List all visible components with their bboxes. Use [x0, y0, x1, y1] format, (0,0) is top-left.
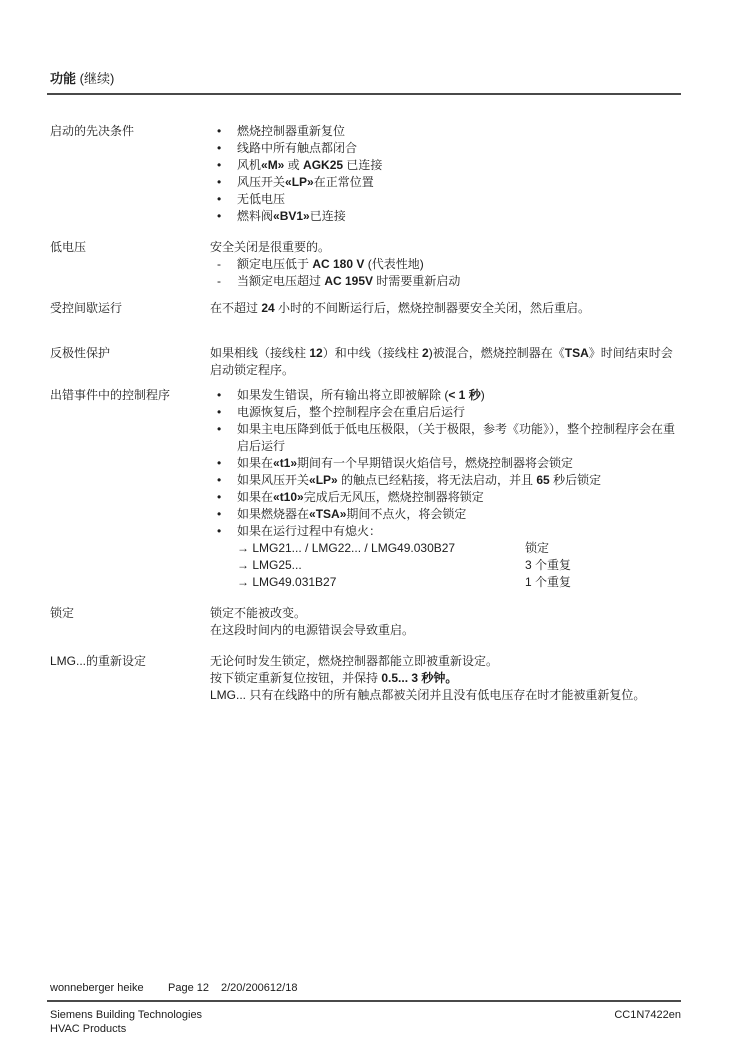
section: LMG...的重新设定无论何时发生锁定，燃烧控制器都能立即被重新设定。按下锁定重… [50, 653, 681, 704]
bullet-line: •如果主电压降到低于低电压极限，（关于极限，参考《功能》），整个控制程序会在重启… [210, 421, 681, 455]
content-area: 功能 (继续) 启动的先决条件•燃烧控制器重新复位•线路中所有触点都闭合•风机«… [50, 70, 681, 704]
text-segment: 无论何时发生锁定，燃烧控制器都能立即被重新设定。 [210, 654, 498, 668]
text-line: 如果风压开关«LP» 的触点已经粘接，将无法启动，并且 65 秒后锁定 [237, 472, 681, 489]
page-footer: wonneberger heike Page 12 2/20/200612/18… [50, 981, 681, 1036]
section: 低电压安全关闭是很重要的。-额定电压低于 AC 180 V (代表性地)-当额定… [50, 239, 681, 290]
text-line: 如果相线（接线柱 12）和中线（接线柱 2)被混合，燃烧控制器在《TSA》时间结… [210, 345, 681, 379]
text-segment: 线路中所有触点都闭合 [237, 141, 357, 155]
text-line: 在不超过 24 小时的不间断运行后，燃烧控制器要安全关闭，然后重启。 [210, 300, 681, 317]
text-segment: < 1 秒 [448, 388, 480, 402]
text-segment: AC 180 V [312, 257, 364, 271]
text-segment: 小时的不间断运行后，燃烧控制器要安全关闭，然后重启。 [275, 301, 590, 315]
text-line: 如果发生错误，所有输出将立即被解除 (< 1 秒) [237, 387, 681, 404]
text-segment: 如果在 [237, 490, 273, 504]
plain-line: 安全关闭是很重要的。 [210, 239, 681, 256]
text-segment: «TSA» [309, 507, 346, 521]
text-line: → LMG49.031B27 [237, 574, 525, 591]
text-segment: 如果主电压降到低于低电压极限，（关于极限，参考《功能》），整个控制程序会在重启后… [237, 422, 675, 453]
footer-date: 2/20/200612/18 [221, 981, 297, 995]
text-segment: 65 [536, 473, 549, 487]
plain-line: 锁定不能被改变。 [210, 605, 681, 622]
text-segment: 当额定电压超过 [237, 274, 324, 288]
text-line: 无低电压 [237, 191, 681, 208]
text-segment: 2 [422, 346, 429, 360]
text-segment: ）和中线（接线柱 [323, 346, 422, 360]
text-line: LMG... 只有在线路中的所有触点都被关闭并且没有低电压存在时才能被重新复位。 [210, 687, 681, 704]
text-line: 无论何时发生锁定，燃烧控制器都能立即被重新设定。 [210, 653, 681, 670]
dash-line: -当额定电压超过 AC 195V 时需要重新启动 [210, 273, 681, 290]
company-name: Siemens Building Technologies [50, 1008, 202, 1022]
document-number: CC1N7422en [614, 1008, 681, 1036]
bullet-line: •如果发生错误，所有输出将立即被解除 (< 1 秒) [210, 387, 681, 404]
arrow-line: → LMG49.031B271 个重复 [210, 574, 681, 591]
text-line: → LMG25... [237, 557, 525, 574]
section-content: 锁定不能被改变。在这段时间内的电源错误会导致重启。 [210, 605, 681, 639]
text-line: 如果在«t1»期间有一个早期错误火焰信号，燃烧控制器将会锁定 [237, 455, 681, 472]
text-segment: 完成后无风压，燃烧控制器将锁定 [304, 490, 484, 504]
text-segment: 风压开关 [237, 175, 285, 189]
section-content: 无论何时发生锁定，燃烧控制器都能立即被重新设定。按下锁定重新复位按钮，并保持 0… [210, 653, 681, 704]
text-line: 风机«M» 或 AGK25 已连接 [237, 157, 681, 174]
text-line: 燃料阀«BV1»已连接 [237, 208, 681, 225]
text-segment: «t10» [273, 490, 304, 504]
bullet-line: •如果在运行过程中有熄火： [210, 523, 681, 540]
text-line: 在这段时间内的电源错误会导致重启。 [210, 622, 681, 639]
text-line: 锁定不能被改变。 [210, 605, 681, 622]
text-line: 额定电压低于 AC 180 V (代表性地) [237, 256, 681, 273]
text-segment: 如果在运行过程中有熄火： [237, 524, 381, 538]
document-header: 功能 (继续) [50, 70, 681, 95]
text-segment: 燃料阀 [237, 209, 273, 223]
section: 出错事件中的控制程序•如果发生错误，所有输出将立即被解除 (< 1 秒)•电源恢… [50, 387, 681, 591]
arrow-result: 3 个重复 [525, 557, 571, 574]
text-segment: 的触点已经粘接，将无法启动，并且 [338, 473, 537, 487]
text-segment: 秒后锁定 [550, 473, 601, 487]
bullet-marker: • [217, 472, 237, 489]
text-segment: 0.5... 3 秒钟。 [381, 671, 457, 685]
plain-line: 在不超过 24 小时的不间断运行后，燃烧控制器要安全关闭，然后重启。 [210, 300, 681, 317]
dash-marker: - [217, 273, 237, 290]
section-label: 出错事件中的控制程序 [50, 387, 210, 591]
text-segment: 如果发生错误，所有输出将立即被解除 ( [237, 388, 448, 402]
footer-company-block: Siemens Building Technologies HVAC Produ… [50, 1008, 202, 1036]
bullet-marker: • [217, 174, 237, 191]
section: 锁定锁定不能被改变。在这段时间内的电源错误会导致重启。 [50, 605, 681, 639]
section-label: 锁定 [50, 605, 210, 639]
section-label: LMG...的重新设定 [50, 653, 210, 704]
dash-line: -额定电压低于 AC 180 V (代表性地) [210, 256, 681, 273]
plain-line: 无论何时发生锁定，燃烧控制器都能立即被重新设定。 [210, 653, 681, 670]
bullet-marker: • [217, 387, 237, 404]
plain-line: LMG... 只有在线路中的所有触点都被关闭并且没有低电压存在时才能被重新复位。 [210, 687, 681, 704]
section-content: •燃烧控制器重新复位•线路中所有触点都闭合•风机«M» 或 AGK25 已连接•… [210, 123, 681, 225]
text-segment: → LMG21... / LMG22... / LMG49.030B27 [237, 541, 455, 555]
bullet-line: •电源恢复后，整个控制程序会在重启后运行 [210, 404, 681, 421]
section-content: 安全关闭是很重要的。-额定电压低于 AC 180 V (代表性地)-当额定电压超… [210, 239, 681, 290]
text-line: 风压开关«LP»在正常位置 [237, 174, 681, 191]
text-segment: 或 [284, 158, 303, 172]
section-label: 反极性保护 [50, 345, 210, 379]
section-content: •如果发生错误，所有输出将立即被解除 (< 1 秒)•电源恢复后，整个控制程序会… [210, 387, 681, 591]
section-label: 低电压 [50, 239, 210, 290]
plain-line: 在这段时间内的电源错误会导致重启。 [210, 622, 681, 639]
text-segment: «t1» [273, 456, 297, 470]
text-segment: 如果燃烧器在 [237, 507, 309, 521]
text-line: 安全关闭是很重要的。 [210, 239, 681, 256]
arrow-line: → LMG25...3 个重复 [210, 557, 681, 574]
bullet-marker: • [217, 523, 237, 540]
text-segment: 安全关闭是很重要的。 [210, 240, 330, 254]
text-segment: 已连接 [343, 158, 382, 172]
section-content: 如果相线（接线柱 12）和中线（接线柱 2)被混合，燃烧控制器在《TSA》时间结… [210, 345, 681, 379]
text-line: 线路中所有触点都闭合 [237, 140, 681, 157]
bullet-marker: • [217, 455, 237, 472]
bullet-marker: • [217, 123, 237, 140]
text-segment: ) [481, 388, 485, 402]
section: 反极性保护如果相线（接线柱 12）和中线（接线柱 2)被混合，燃烧控制器在《TS… [50, 345, 681, 379]
text-segment: 风机 [237, 158, 261, 172]
text-segment: 功能 [50, 71, 76, 86]
text-segment: AGK25 [303, 158, 343, 172]
footer-author: wonneberger heike [50, 981, 168, 995]
page-title: 功能 (继续) [50, 70, 681, 87]
section-label: 受控间歇运行 [50, 300, 210, 317]
text-segment: 如果相线（接线柱 [210, 346, 309, 360]
bullet-line: •无低电压 [210, 191, 681, 208]
text-line: 燃烧控制器重新复位 [237, 123, 681, 140]
bullet-marker: • [217, 404, 237, 421]
text-line: 如果燃烧器在«TSA»期间不点火，将会锁定 [237, 506, 681, 523]
text-segment: 如果风压开关 [237, 473, 309, 487]
arrow-result: 锁定 [525, 540, 549, 557]
document-body: 启动的先决条件•燃烧控制器重新复位•线路中所有触点都闭合•风机«M» 或 AGK… [50, 123, 681, 704]
page-container: 功能 (继续) 启动的先决条件•燃烧控制器重新复位•线路中所有触点都闭合•风机«… [0, 0, 750, 1061]
text-segment: (代表性地) [364, 257, 423, 271]
bullet-line: •风压开关«LP»在正常位置 [210, 174, 681, 191]
text-segment: → LMG49.031B27 [237, 575, 336, 589]
text-segment: «BV1» [273, 209, 310, 223]
text-line: 如果在运行过程中有熄火： [237, 523, 681, 540]
bullet-line: •如果在«t10»完成后无风压，燃烧控制器将锁定 [210, 489, 681, 506]
text-line: 当额定电压超过 AC 195V 时需要重新启动 [237, 273, 681, 290]
text-line: 电源恢复后，整个控制程序会在重启后运行 [237, 404, 681, 421]
text-segment: )被混合，燃烧控制器在《 [429, 346, 565, 360]
bullet-line: •燃料阀«BV1»已连接 [210, 208, 681, 225]
plain-line: 按下锁定重新复位按钮，并保持 0.5... 3 秒钟。 [210, 670, 681, 687]
text-line: 按下锁定重新复位按钮，并保持 0.5... 3 秒钟。 [210, 670, 681, 687]
bullet-marker: • [217, 191, 237, 208]
text-segment: «LP» [285, 175, 314, 189]
section-content: 在不超过 24 小时的不间断运行后，燃烧控制器要安全关闭，然后重启。 [210, 300, 681, 317]
text-segment: 按下锁定重新复位按钮，并保持 [210, 671, 381, 685]
bullet-marker: • [217, 140, 237, 157]
text-segment: 期间有一个早期错误火焰信号，燃烧控制器将会锁定 [297, 456, 573, 470]
bullet-line: •燃烧控制器重新复位 [210, 123, 681, 140]
section-label: 启动的先决条件 [50, 123, 210, 225]
footer-page-number: Page 12 [168, 981, 209, 995]
text-line: 如果在«t10»完成后无风压，燃烧控制器将锁定 [237, 489, 681, 506]
bullet-line: •线路中所有触点都闭合 [210, 140, 681, 157]
text-segment: 时需要重新启动 [373, 274, 460, 288]
text-segment: 已连接 [310, 209, 346, 223]
footer-company-row: Siemens Building Technologies HVAC Produ… [50, 1008, 681, 1036]
section: 启动的先决条件•燃烧控制器重新复位•线路中所有触点都闭合•风机«M» 或 AGK… [50, 123, 681, 225]
bullet-marker: • [217, 208, 237, 225]
text-segment: 燃烧控制器重新复位 [237, 124, 345, 138]
bullet-marker: • [217, 506, 237, 523]
text-segment: LMG... 只有在线路中的所有触点都被关闭并且没有低电压存在时才能被重新复位。 [210, 688, 645, 702]
text-segment: 在这段时间内的电源错误会导致重启。 [210, 623, 414, 637]
section: 受控间歇运行在不超过 24 小时的不间断运行后，燃烧控制器要安全关闭，然后重启。 [50, 300, 681, 317]
bullet-line: •风机«M» 或 AGK25 已连接 [210, 157, 681, 174]
text-segment: 期间不点火，将会锁定 [346, 507, 466, 521]
text-segment: «LP» [309, 473, 338, 487]
bullet-marker: • [217, 421, 237, 438]
text-line: → LMG21... / LMG22... / LMG49.030B27 [237, 540, 525, 557]
bullet-line: •如果在«t1»期间有一个早期错误火焰信号，燃烧控制器将会锁定 [210, 455, 681, 472]
text-line: 如果主电压降到低于低电压极限，（关于极限，参考《功能》），整个控制程序会在重启后… [237, 421, 681, 455]
text-segment: 无低电压 [237, 192, 285, 206]
plain-line: 如果相线（接线柱 12）和中线（接线柱 2)被混合，燃烧控制器在《TSA》时间结… [210, 345, 681, 379]
bullet-line: •如果燃烧器在«TSA»期间不点火，将会锁定 [210, 506, 681, 523]
arrow-result: 1 个重复 [525, 574, 571, 591]
text-segment: TSA [565, 346, 589, 360]
text-segment: (继续) [76, 71, 114, 86]
text-segment: → LMG25... [237, 558, 302, 572]
company-division: HVAC Products [50, 1022, 202, 1036]
text-segment: 在不超过 [210, 301, 261, 315]
text-segment: 额定电压低于 [237, 257, 312, 271]
text-segment: AC 195V [324, 274, 373, 288]
text-segment: 24 [261, 301, 274, 315]
footer-rule [47, 1000, 681, 1002]
text-segment: 在正常位置 [314, 175, 374, 189]
text-segment: 电源恢复后，整个控制程序会在重启后运行 [237, 405, 465, 419]
footer-meta-row: wonneberger heike Page 12 2/20/200612/18 [50, 981, 681, 995]
text-segment: 如果在 [237, 456, 273, 470]
bullet-marker: • [217, 157, 237, 174]
text-segment: 12 [309, 346, 322, 360]
bullet-line: •如果风压开关«LP» 的触点已经粘接，将无法启动，并且 65 秒后锁定 [210, 472, 681, 489]
arrow-line: → LMG21... / LMG22... / LMG49.030B27锁定 [210, 540, 681, 557]
text-segment: 锁定不能被改变。 [210, 606, 306, 620]
text-segment: «M» [261, 158, 284, 172]
header-rule [47, 93, 681, 95]
dash-marker: - [217, 256, 237, 273]
bullet-marker: • [217, 489, 237, 506]
